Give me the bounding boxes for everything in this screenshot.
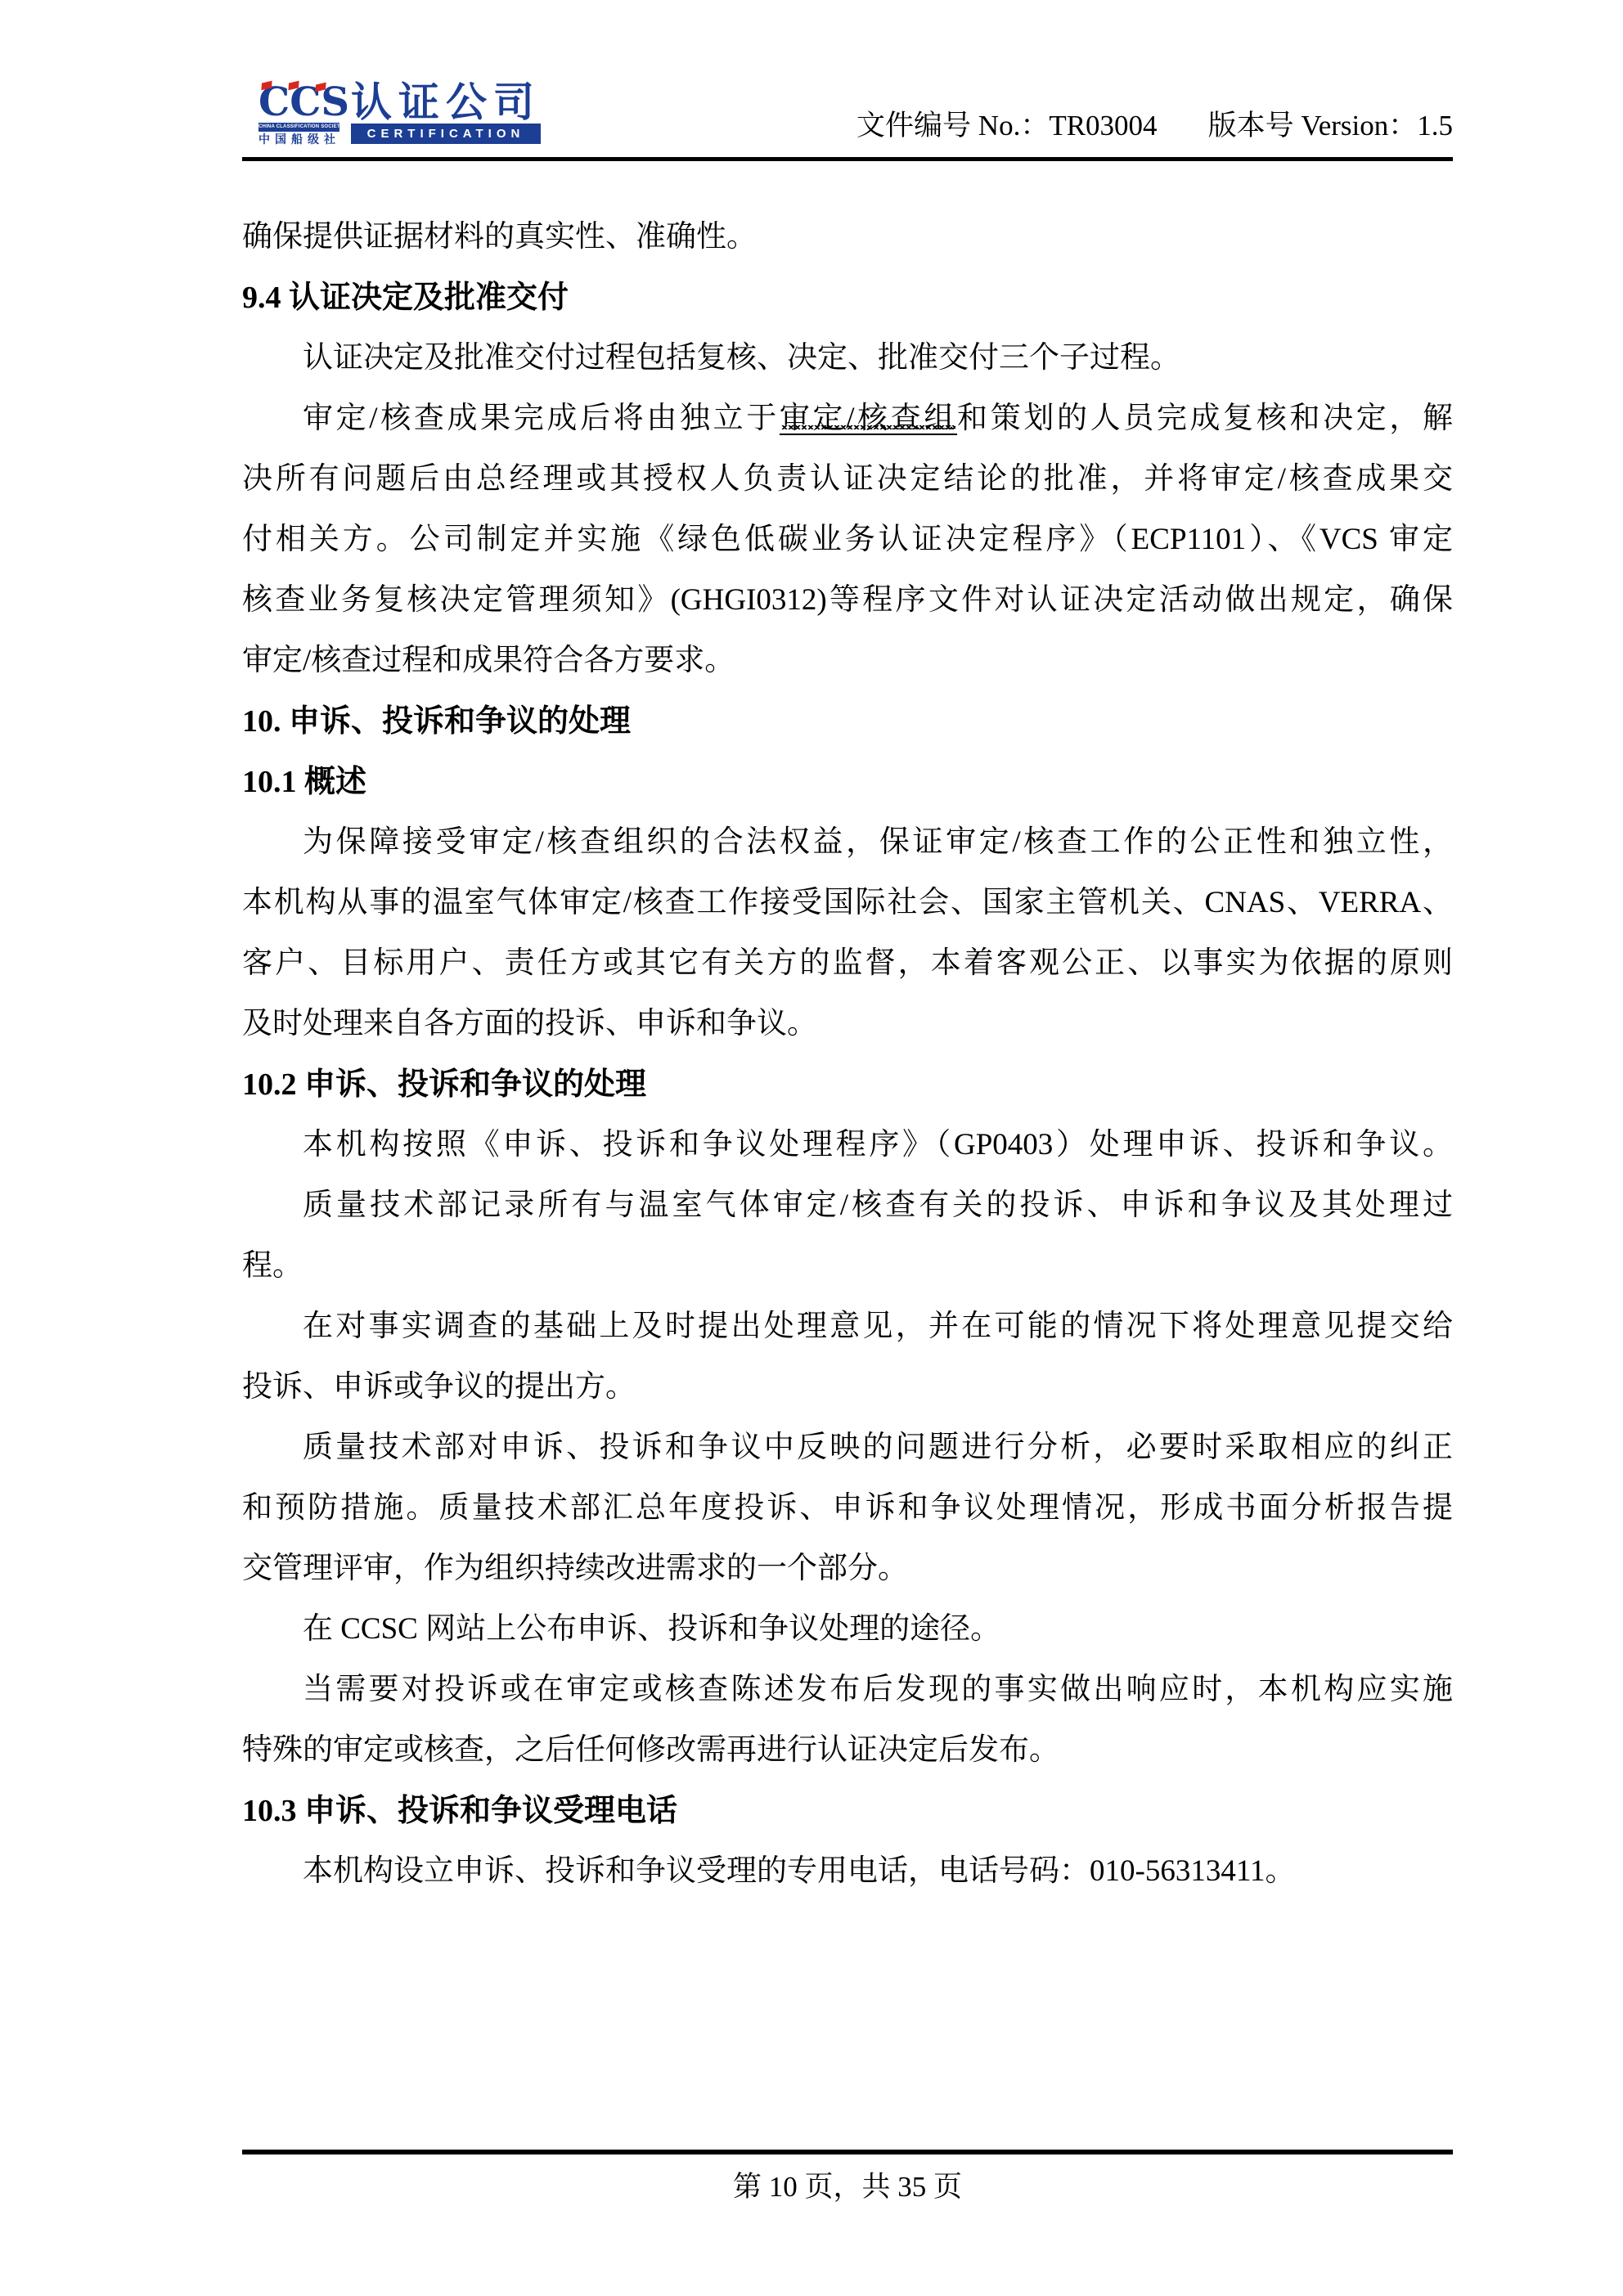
- paragraph-line: 当需要对投诉或在审定或核查陈述发布后发现的事实做出响应时，本机构应实施: [242, 1660, 1453, 1720]
- paragraph-line: 决所有问题后由总经理或其授权人负责认证决定结论的批准，并将审定/核查成果交: [242, 449, 1453, 510]
- paragraph-line: 本机构设立申诉、投诉和争议受理的专用电话，电话号码：010-56313411。: [242, 1841, 1453, 1902]
- society-cn-label: 中国船级社: [259, 133, 339, 146]
- paragraph-line: 为保障接受审定/核查组织的合法权益，保证审定/核查工作的公正性和独立性，: [242, 812, 1453, 873]
- paragraph-line: 特殊的审定或核查，之后任何修改需再进行认证决定后发布。: [242, 1720, 1453, 1781]
- paragraph-line: 质量技术部对申诉、投诉和争议中反映的问题进行分析，必要时采取相应的纠正: [242, 1418, 1453, 1478]
- paragraph-line: 和预防措施。质量技术部汇总年度投诉、申诉和争议处理情况，形成书面分析报告提: [242, 1478, 1453, 1539]
- document-page: CCS CHINA CLASSIFICATION SOCIETY 中国船级社 认…: [0, 0, 1623, 2296]
- ccs-wordmark: CCS: [259, 83, 339, 121]
- company-cn-name: 认证公司: [351, 83, 541, 121]
- paragraph-line: 审定/核查过程和成果符合各方要求。: [242, 631, 1453, 691]
- footer-rule: [242, 2150, 1453, 2154]
- certification-bar: CERTIFICATION: [351, 124, 541, 144]
- doc-number-label: 文件编号 No.：TR03004: [856, 110, 1158, 142]
- paragraph-line: 审定/核查成果完成后将由独立于审定/核查组和策划的人员完成复核和决定，解: [242, 389, 1453, 449]
- paragraph-line: 及时处理来自各方面的投诉、申诉和争议。: [242, 994, 1453, 1054]
- section-heading: 10.2 申诉、投诉和争议的处理: [242, 1054, 1453, 1115]
- section-heading: 10. 申诉、投诉和争议的处理: [242, 691, 1453, 752]
- paragraph-line: 认证决定及批准交付过程包括复核、决定、批准交付三个子过程。: [242, 328, 1453, 389]
- section-heading: 10.3 申诉、投诉和争议受理电话: [242, 1781, 1453, 1841]
- header-meta: 文件编号 No.：TR03004版本号 Version：1.5: [856, 110, 1453, 142]
- society-en-bar: CHINA CLASSIFICATION SOCIETY: [259, 123, 339, 132]
- line-segment: 和策划的人员完成复核和决定，解: [957, 402, 1453, 435]
- paragraph-line: 核查业务复核决定管理须知》(GHGI0312)等程序文件对认证决定活动做出规定，…: [242, 570, 1453, 631]
- paragraph-line: 客户、目标用户、责任方或其它有关方的监督，本着客观公正、以事实为依据的原则: [242, 933, 1453, 994]
- paragraph-line: 投诉、申诉或争议的提出方。: [242, 1357, 1453, 1418]
- ccs-logo-left: CCS CHINA CLASSIFICATION SOCIETY 中国船级社: [259, 83, 339, 146]
- document-body: 确保提供证据材料的真实性、准确性。 9.4 认证决定及批准交付 认证决定及批准交…: [242, 207, 1453, 1902]
- ccs-logo-right: 认证公司 CERTIFICATION: [351, 83, 541, 146]
- page-number: 第 10 页，共 35 页: [242, 2164, 1453, 2210]
- paragraph-line: 质量技术部记录所有与温室气体审定/核查有关的投诉、申诉和争议及其处理过: [242, 1175, 1453, 1236]
- paragraph-line: 程。: [242, 1236, 1453, 1296]
- section-heading: 9.4 认证决定及批准交付: [242, 267, 1453, 328]
- ccs-logo: CCS CHINA CLASSIFICATION SOCIETY 中国船级社 认…: [259, 83, 541, 146]
- section-heading: 10.1 概述: [242, 752, 1453, 812]
- header-rule: [242, 157, 1453, 161]
- paragraph-line: 交管理评审，作为组织持续改进需求的一个部分。: [242, 1539, 1453, 1599]
- version-label: 版本号 Version：1.5: [1208, 110, 1453, 142]
- paragraph-line: 确保提供证据材料的真实性、准确性。: [242, 207, 1453, 267]
- paragraph-line: 付相关方。公司制定并实施《绿色低碳业务认证决定程序》（ECP1101）、《VCS…: [242, 510, 1453, 570]
- paragraph-line: 本机构按照《申诉、投诉和争议处理程序》（GP0403）处理申诉、投诉和争议。: [242, 1115, 1453, 1175]
- underlined-phrase: 审定/核查组: [780, 402, 957, 435]
- paragraph-line: 在 CCSC 网站上公布申诉、投诉和争议处理的途径。: [242, 1599, 1453, 1660]
- line-segment: 审定/核查成果完成后将由独立于: [303, 402, 780, 435]
- paragraph-line: 本机构从事的温室气体审定/核查工作接受国际社会、国家主管机关、CNAS、VERR…: [242, 873, 1453, 933]
- paragraph-line: 在对事实调查的基础上及时提出处理意见，并在可能的情况下将处理意见提交给: [242, 1296, 1453, 1357]
